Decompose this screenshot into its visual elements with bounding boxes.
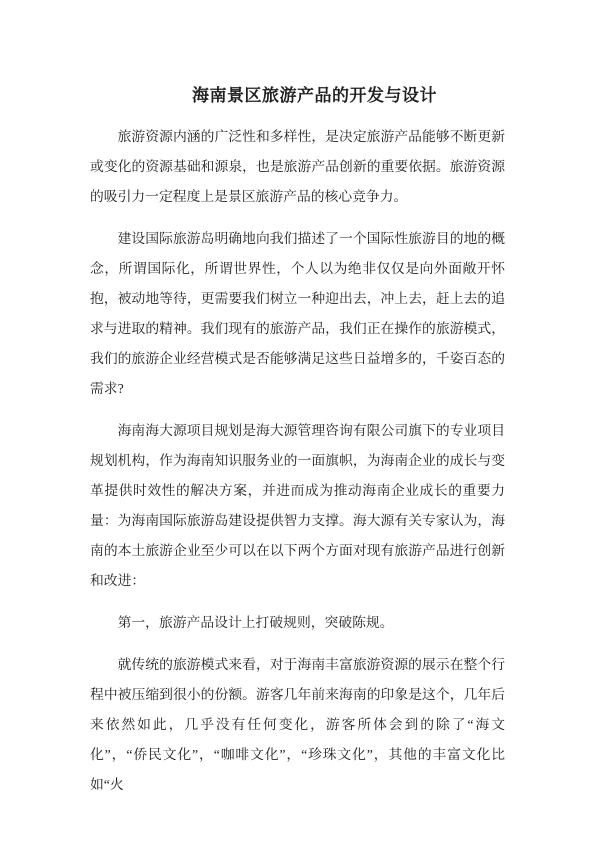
section-heading-first-point: 第一，旅游产品设计上打破规则，突破陈规。: [90, 608, 505, 638]
paragraph-haidayuan: 海南海大源项目规划是海大源管理咨询有限公司旗下的专业项目规划机构，作为海南知识服…: [90, 416, 505, 596]
paragraph-intro: 旅游资源内涵的广泛性和多样性，是决定旅游产品能够不断更新或变化的资源基础和源泉，…: [90, 122, 505, 212]
paragraph-international-island: 建设国际旅游岛明确地向我们描述了一个国际性旅游目的地的概念，所谓国际化，所谓世界…: [90, 224, 505, 404]
document-page: 海南景区旅游产品的开发与设计 旅游资源内涵的广泛性和多样性，是决定旅游产品能够不…: [0, 0, 595, 842]
document-title: 海南景区旅游产品的开发与设计: [124, 80, 505, 112]
paragraph-traditional-mode: 就传统的旅游模式来看，对于海南丰富旅游资源的展示在整个行程中被压缩到很小的份额。…: [90, 650, 505, 800]
